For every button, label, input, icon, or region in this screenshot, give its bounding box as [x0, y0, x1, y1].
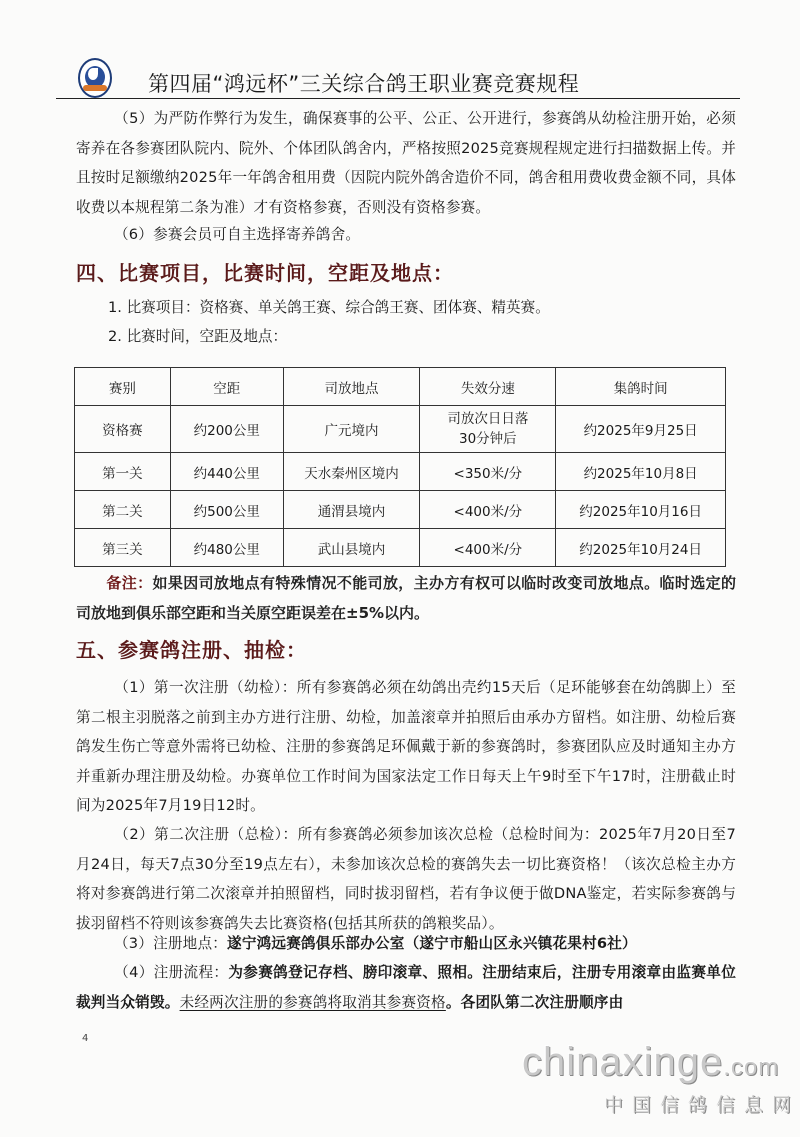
item-label: （3）注册地点： — [114, 935, 227, 952]
note-label: 备注： — [106, 574, 152, 592]
section-heading-5: 五、参赛鸽注册、抽检： — [76, 634, 307, 663]
list-item-1: 1. 比赛项目：资格赛、单关鸽王赛、综合鸽王赛、团体赛、精英赛。 — [108, 296, 550, 317]
paragraph-text: （2）第二次注册（总检）：所有参赛鸽必须参加该次总检（总检时间为：2025年7月… — [76, 826, 736, 932]
column-header: 司放地点 — [283, 368, 420, 406]
paragraph-item-5: （5）为严防作弊行为发生，确保赛事的公平、公正、公开进行，参赛鸽从幼检注册开始，… — [76, 104, 736, 222]
table-cell: <400米/分 — [420, 529, 556, 567]
document-title: 第四届“鸿远杯”三关综合鸽王职业赛竞赛规程 — [148, 68, 579, 98]
table-cell: 广元境内 — [283, 406, 420, 453]
paragraph-text: （5）为严防作弊行为发生，确保赛事的公平、公正、公开进行，参赛鸽从幼检注册开始，… — [76, 110, 736, 216]
table-cell: 第二关 — [75, 491, 171, 529]
watermark-domain: chinaxinge.com — [522, 1040, 779, 1085]
location-text: 遂宁鸿远赛鸽俱乐部办公室（遂宁市船山区永兴镇花果村6社） — [227, 935, 637, 952]
table-cell: 约500公里 — [170, 491, 283, 529]
section-heading-4: 四、比赛项目，比赛时间，空距及地点： — [76, 257, 454, 286]
table-cell: 资格赛 — [75, 406, 171, 453]
column-header: 失效分速 — [420, 368, 556, 406]
watermark-suffix: .com — [723, 1054, 779, 1081]
table-cell: 约2025年10月24日 — [556, 529, 726, 567]
club-logo-icon — [78, 58, 112, 98]
table-cell: <350米/分 — [420, 453, 556, 491]
table-cell: 司放次日日落 30分钟后 — [420, 406, 556, 453]
paragraph-first-registration: （1）第一次注册（幼检）：所有参赛鸽必须在幼鸽出壳约15天后（足环能够套在幼鸽脚… — [76, 673, 736, 821]
table-cell: 武山县境内 — [283, 529, 420, 567]
paragraph-registration-location: （3）注册地点：遂宁鸿远赛鸽俱乐部办公室（遂宁市船山区永兴镇花果村6社） — [76, 929, 736, 959]
column-header: 赛别 — [75, 368, 171, 406]
table-row: 资格赛 约200公里 广元境内 司放次日日落 30分钟后 约2025年9月25日 — [75, 406, 726, 453]
table-cell: 约480公里 — [170, 529, 283, 567]
process-tail: 。各团队第二次注册顺序由 — [446, 994, 624, 1011]
table-cell: 通渭县境内 — [283, 491, 420, 529]
table-cell: 约440公里 — [170, 453, 283, 491]
page-header: 第四届“鸿远杯”三关综合鸽王职业赛竞赛规程 — [56, 56, 740, 99]
underlined-rule: 未经两次注册的参赛鸽将取消其参赛资格 — [180, 994, 446, 1011]
table-header-row: 赛别 空距 司放地点 失效分速 集鸽时间 — [75, 368, 726, 406]
table-cell: 约2025年10月8日 — [556, 453, 726, 491]
item-label: （4）注册流程： — [114, 964, 228, 981]
table-cell: 第三关 — [75, 529, 171, 567]
table-cell: <400米/分 — [420, 491, 556, 529]
table-row: 第一关 约440公里 天水秦州区境内 <350米/分 约2025年10月8日 — [75, 453, 726, 491]
column-header: 空距 — [170, 368, 283, 406]
column-header: 集鸽时间 — [556, 368, 726, 406]
table-cell: 约200公里 — [170, 406, 283, 453]
watermark-name: chinaxinge — [522, 1040, 723, 1084]
paragraph-item-6: （6）参赛会员可自主选择寄养鸽舍。 — [76, 220, 736, 250]
paragraph-text: （6）参赛会员可自主选择寄养鸽舍。 — [114, 226, 360, 243]
paragraph-text: （1）第一次注册（幼检）：所有参赛鸽必须在幼鸽出壳约15天后（足环能够套在幼鸽脚… — [76, 679, 736, 814]
table-note: 备注：如果因司放地点有特殊情况不能司放，主办方有权可以临时改变司放地点。临时选定… — [76, 568, 736, 628]
table-cell: 约2025年9月25日 — [556, 406, 726, 453]
table-cell: 天水秦州区境内 — [283, 453, 420, 491]
list-item-2: 2. 比赛时间，空距及地点： — [108, 325, 287, 346]
table-row: 第三关 约480公里 武山县境内 <400米/分 约2025年10月24日 — [75, 529, 726, 567]
page-number: 4 — [82, 1033, 88, 1044]
paragraph-second-registration: （2）第二次注册（总检）：所有参赛鸽必须参加该次总检（总检时间为：2025年7月… — [76, 820, 736, 938]
table-cell: 约2025年10月16日 — [556, 491, 726, 529]
race-schedule-table: 赛别 空距 司放地点 失效分速 集鸽时间 资格赛 约200公里 广元境内 司放次… — [74, 367, 726, 567]
paragraph-registration-process: （4）注册流程：为参赛鸽登记存档、膀印滚章、照相。注册结束后，注册专用滚章由监赛… — [76, 958, 736, 1017]
note-text: 如果因司放地点有特殊情况不能司放，主办方有权可以临时改变司放地点。临时选定的司放… — [76, 574, 736, 622]
watermark-chinese: 中国信鸽信息网 — [604, 1090, 800, 1117]
table-row: 第二关 约500公里 通渭县境内 <400米/分 约2025年10月16日 — [75, 491, 726, 529]
table-cell: 第一关 — [75, 453, 171, 491]
